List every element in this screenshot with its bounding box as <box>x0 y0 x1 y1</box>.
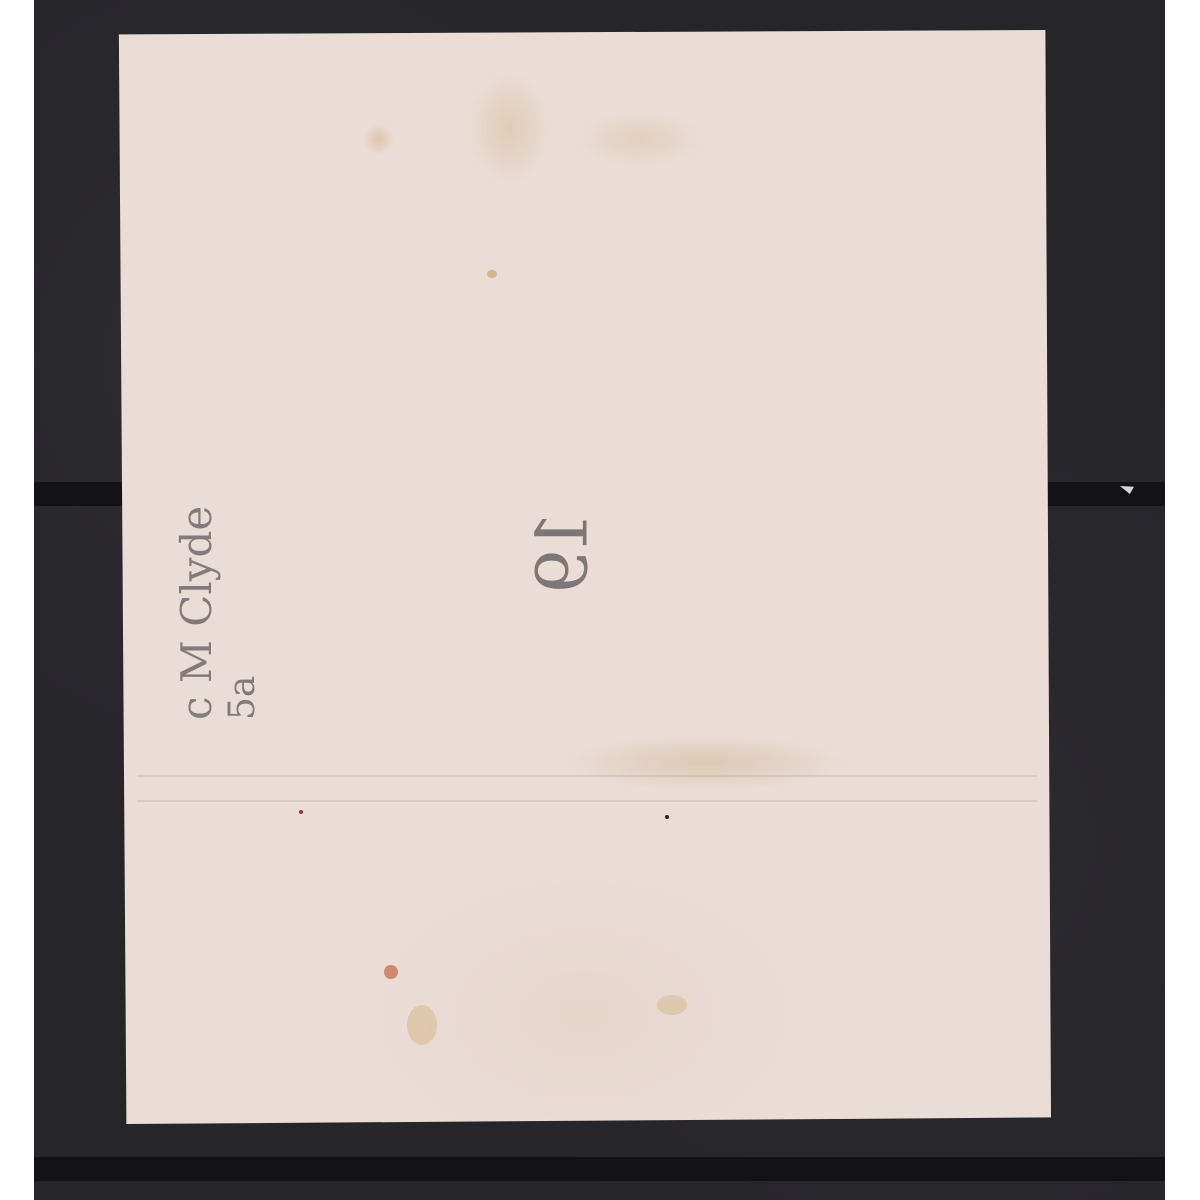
paper-crease <box>137 775 1037 777</box>
stain-spot <box>384 965 398 979</box>
stain-spot <box>657 995 687 1015</box>
stain-spot <box>407 1005 437 1045</box>
paper-crease <box>137 800 1037 802</box>
stock-card-strip-bottom <box>34 1157 1165 1181</box>
stain-spot <box>487 270 497 278</box>
ink-dot <box>299 810 303 814</box>
ink-dot <box>665 815 669 819</box>
stamp-back: 19 c M Clyde 5a <box>117 30 1051 1124</box>
pencil-marking-19: 19 <box>522 510 604 587</box>
pencil-note-left: c M Clyde 5a <box>142 330 272 730</box>
pencil-note-line1: c M Clyde <box>172 506 221 720</box>
pencil-note-line2: 5a <box>222 676 263 720</box>
